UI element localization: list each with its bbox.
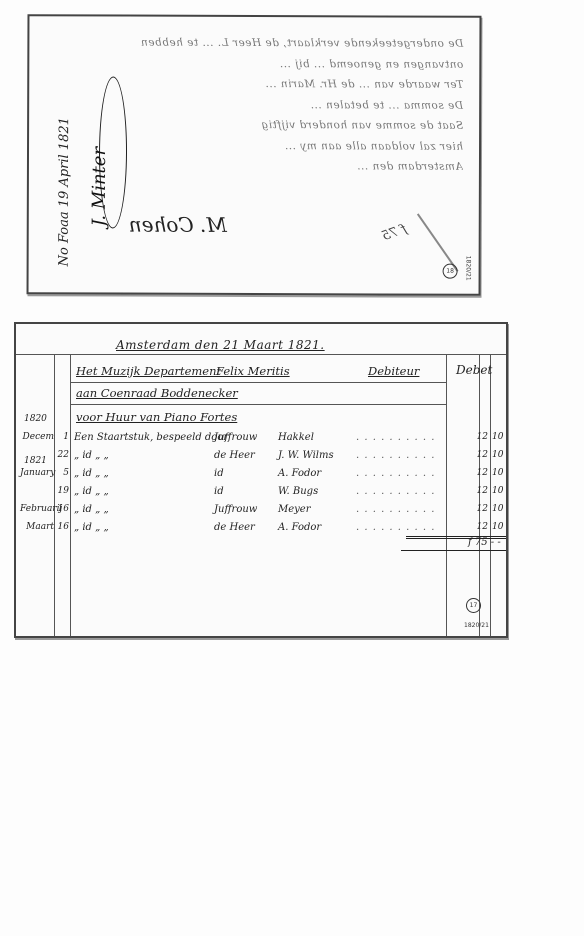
debet-column-header: Debet [456,363,492,377]
row-day: 22 [57,450,69,460]
rule-line [16,354,506,355]
letter-amount-mark: f 75 [379,222,408,245]
rule-line [70,382,446,383]
ledger-row: 22 „ id „ „ de Heer J. W. Wilms . . . . … [16,450,506,466]
row-leader-dots: . . . . . . . . . . . . . . [356,450,440,461]
address-department: Het Muzijk Departement [76,364,221,378]
scanned-page: De ondergeteekende verklaart, de Heer L.… [0,0,584,936]
row-name: A. Fodor [278,522,321,533]
row-stuivers: 10 [492,486,504,496]
letter-line: De ondergeteekende verklaart, de Heer L.… [93,32,463,54]
letter-line: Amsterdam den ... [93,155,463,177]
row-month: Decem [20,432,54,442]
folio-circle-number: 17 [466,598,481,613]
letter-text-mirrored: De ondergeteekende verklaart, de Heer L.… [93,32,463,177]
row-title: de Heer [214,522,255,533]
row-leader-dots: . . . . . . . . . . . . . . [356,432,440,443]
row-leader-dots: . . . . . . . . . . . . . . [356,486,440,497]
ledger-invoice: Amsterdam den 21 Maart 1821. Het Muzijk … [14,322,508,638]
address-debtor: Debiteur [368,364,419,378]
row-title: Juffrouw [214,432,257,443]
folio-circle-number: 18 [443,264,458,279]
row-description: „ id „ „ [74,522,109,533]
row-name: J. W. Wilms [278,450,334,461]
row-month: Februarij [20,504,54,514]
ledger-row: January 5 „ id „ „ id A. Fodor . . . . .… [16,468,506,484]
address-purpose: voor Huur van Piano Fortes [76,410,237,424]
letter-line: Saat de somme van honderd vijftig [93,114,463,136]
row-month: Maart [20,522,54,532]
row-day: 5 [57,468,69,478]
row-month: January [20,468,54,478]
reference-number: 1820/21 [464,622,489,629]
rule-line [70,404,446,405]
row-name: W. Bugs [278,486,318,497]
row-description: „ id „ „ [74,504,109,515]
row-guilders: 12 [468,522,488,532]
row-title: id [214,486,224,497]
row-day: 16 [57,522,69,532]
year-label: 1820 [24,414,47,424]
ledger-row: 19 „ id „ „ id W. Bugs . . . . . . . . .… [16,486,506,502]
receipt-letter: De ondergeteekende verklaart, de Heer L.… [27,14,482,296]
row-description: „ id „ „ [74,450,109,461]
row-day: 19 [57,486,69,496]
row-leader-dots: . . . . . . . . . . . . . . [356,504,440,515]
letter-line: ontvangen en genoemd ... bij ... [93,53,463,75]
letter-signature: M. Cohen [129,213,227,237]
letter-line: Ter waarde van ... de Hr. Marin ... [93,73,463,95]
row-guilders: 12 [468,450,488,460]
sum-rule [401,550,506,551]
row-stuivers: 10 [492,468,504,478]
row-guilders: 12 [468,504,488,514]
row-stuivers: 10 [492,504,504,514]
row-name: A. Fodor [278,468,321,479]
row-name: Meyer [278,504,311,515]
side-date: No Foaa 19 April 1821 [57,46,84,266]
ledger-header: Amsterdam den 21 Maart 1821. [116,338,325,352]
ledger-row: Decem 1 Een Staartstuk, bespeeld door Ju… [16,432,506,448]
reference-number: 1820/21 [465,256,472,281]
address-creditor: aan Coenraad Boddenecker [76,386,238,400]
side-signature: J. Minter [89,56,120,226]
row-description: „ id „ „ [74,468,109,479]
row-stuivers: 10 [492,450,504,460]
row-leader-dots: . . . . . . . . . . . . . . [356,468,440,479]
row-day: 1 [57,432,69,442]
address-society: Felix Meritis [216,364,290,378]
row-leader-dots: . . . . . . . . . . . . . . [356,522,440,533]
row-title: id [214,468,224,479]
row-title: de Heer [214,450,255,461]
row-guilders: 12 [468,468,488,478]
row-guilders: 12 [468,486,488,496]
row-stuivers: 10 [492,522,504,532]
letter-line: De somma ... te betalen ... [93,94,463,116]
row-description: „ id „ „ [74,486,109,497]
letter-line: hier zal voldaan alle aan my ... [93,135,463,157]
row-guilders: 12 [468,432,488,442]
row-day: 16 [57,504,69,514]
row-description: Een Staartstuk, bespeeld door [74,432,228,443]
row-stuivers: 10 [492,432,504,442]
row-title: Juffrouw [214,504,257,515]
ledger-total: f 75 - - [468,537,501,548]
row-name: Hakkel [278,432,314,443]
ledger-row: Februarij 16 „ id „ „ Juffrouw Meyer . .… [16,504,506,520]
